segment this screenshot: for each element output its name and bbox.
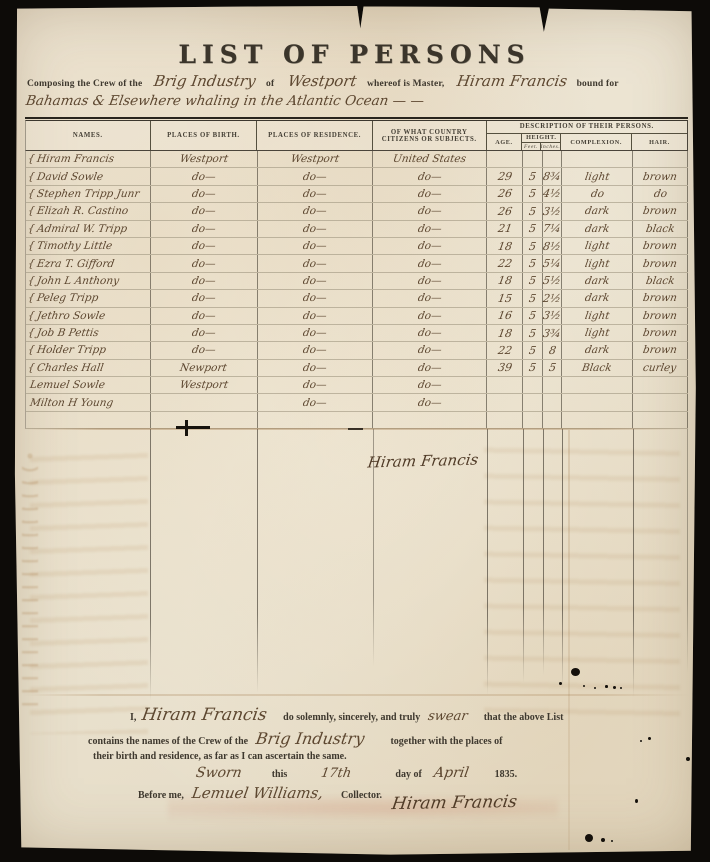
feet-value: 5 [528, 205, 537, 218]
cell-residence: do— [258, 308, 374, 324]
col-header-complexion: COMPLEXION. [561, 134, 632, 150]
oath-swear-handwritten: swear [427, 709, 469, 724]
feet-value: 5 [528, 327, 537, 340]
birthplace-value: Westport [179, 379, 229, 391]
country-value: do— [417, 275, 442, 287]
country-value: do— [417, 258, 442, 270]
ink-dot [594, 687, 596, 689]
cell-residence: do— [258, 377, 374, 393]
ink-dot [601, 838, 605, 842]
country-value: do— [417, 397, 442, 409]
collector-signature-handwritten: Lemuel Williams, [190, 784, 324, 802]
cell-country: do— [373, 255, 487, 271]
cell-feet: 5 [523, 168, 543, 184]
cell-hair: do [633, 186, 688, 202]
cell-inches [543, 394, 562, 410]
preamble-text: Composing the Crew of the [27, 79, 142, 89]
cell-age: 26 [487, 203, 523, 219]
height-units: Feet. Inches. [522, 143, 560, 150]
cell-complexion: light [562, 238, 633, 254]
cell-name: { Timothy Little [26, 238, 151, 254]
ink-dot [559, 682, 562, 685]
cell-complexion: dark [562, 342, 633, 358]
birthplace-value: do— [191, 344, 216, 356]
cell-birthplace: do— [151, 273, 258, 289]
residence-value: do— [302, 223, 327, 235]
cell-country: do— [373, 221, 487, 237]
row-brace-mark: { [27, 153, 36, 165]
cell-complexion [562, 394, 633, 410]
cell-country: do— [373, 203, 487, 219]
col-header-age: AGE. [487, 134, 523, 150]
row-brace-mark: { [27, 292, 36, 304]
fold-cross-mark [348, 428, 363, 430]
row-brace-mark: { [27, 310, 36, 322]
hair-value: brown [642, 240, 678, 252]
cell-residence: Westport [258, 151, 374, 167]
cell-hair: brown [633, 308, 688, 324]
year-text: 1835. [495, 769, 518, 780]
row-brace-mark: { [27, 344, 36, 356]
row-brace-mark: { [27, 362, 36, 374]
ink-dot [583, 685, 585, 687]
crew-member-name: John L Anthony [36, 275, 120, 287]
cell-complexion: do [562, 186, 633, 202]
cell-country: do— [373, 273, 487, 289]
age-value: 26 [497, 187, 513, 200]
inches-value: 8½ [542, 240, 562, 253]
column-line [562, 429, 563, 689]
age-value: 18 [497, 327, 513, 340]
oath-line-3: their birth and residence, as far as I c… [93, 751, 347, 762]
cell-country: do— [373, 342, 487, 358]
cell-residence: do— [258, 325, 374, 341]
birthplace-value: do— [191, 223, 216, 235]
complexion-value: light [584, 310, 610, 322]
cell-hair: brown [633, 325, 688, 341]
cell-name: { John L Anthony [26, 273, 151, 289]
col-header-names: NAMES. [26, 121, 151, 150]
cell-feet: 5 [523, 342, 543, 358]
cell-hair: brown [633, 290, 688, 306]
oath-vessel-handwritten: Brig Industry [255, 729, 366, 748]
row-brace-mark: { [27, 205, 36, 217]
hair-value: black [645, 275, 675, 287]
age-value: 18 [497, 240, 513, 253]
oath-master-name-handwritten: Hiram Francis [141, 705, 269, 725]
cell-name: Lemuel Sowle [26, 377, 151, 393]
table-top-rule [25, 117, 688, 119]
crew-member-name: Job B Pettis [36, 327, 100, 339]
table-rows: { Hiram Francis Westport Westport United… [25, 151, 688, 412]
inches-value: 4½ [542, 187, 562, 200]
cell-hair: curley [633, 360, 688, 376]
cell-inches: 8¾ [543, 168, 562, 184]
cell-hair: brown [633, 255, 688, 271]
ink-blot [571, 668, 580, 676]
col-header-hair: HAIR. [632, 134, 687, 150]
birthplace-value: Westport [179, 153, 229, 165]
feet-value: 5 [528, 170, 537, 183]
complexion-value: light [584, 171, 610, 183]
cell-birthplace: do— [151, 255, 258, 271]
row-brace-mark: { [27, 171, 36, 183]
cell-inches: 8½ [543, 238, 562, 254]
cell-name: { Ezra T. Gifford [26, 255, 151, 271]
cell-hair: black [633, 221, 688, 237]
crew-member-name: Ezra T. Gifford [36, 258, 115, 270]
birthplace-value: do— [191, 240, 216, 252]
cell-feet: 5 [523, 186, 543, 202]
cell-complexion: light [562, 308, 633, 324]
description-group-title: DESCRIPTION OF THEIR PERSONS. [487, 121, 687, 134]
oath-line-4: Sworn this 17th day of April 1835. [196, 765, 517, 781]
row-brace-mark: { [27, 223, 36, 235]
residence-value: do— [302, 292, 327, 304]
cell-feet: 5 [523, 238, 543, 254]
cell-inches: 5¼ [543, 255, 562, 271]
hair-value: brown [642, 310, 678, 322]
oath-text: I, [130, 712, 136, 723]
birthplace-value: do— [191, 327, 216, 339]
table-row: { Holder Tripp do— do— do— 22 5 8 dark b… [26, 342, 688, 359]
cell-hair [633, 377, 688, 393]
table-row: Lemuel Sowle Westport do— do— [26, 377, 688, 394]
vessel-name-handwritten: Brig Industry [153, 72, 257, 90]
cell-inches: 8 [543, 342, 562, 358]
cell-name: { David Sowle [26, 168, 151, 184]
inches-value: 3½ [542, 205, 562, 218]
country-value: do— [417, 171, 442, 183]
cell-name: { Job B Pettis [26, 325, 151, 341]
crew-member-name: Milton H Young [29, 397, 114, 409]
cell-birthplace: do— [151, 186, 258, 202]
cell-age: 39 [487, 360, 523, 376]
col-header-country: OF WHAT COUNTRY CITIZENS OR SUBJECTS. [373, 121, 487, 150]
feet-value: 5 [528, 309, 537, 322]
cell-age [487, 151, 523, 167]
cell-name: { Admiral W. Tripp [26, 221, 151, 237]
column-line [633, 429, 634, 697]
inches-value: 5¼ [542, 257, 562, 270]
inches-value: 5 [548, 361, 557, 374]
row-brace-mark: { [27, 188, 36, 200]
residence-value: do— [302, 188, 327, 200]
table-header-row: NAMES. PLACES OF BIRTH. PLACES OF RESIDE… [25, 120, 688, 151]
country-value: do— [417, 362, 442, 374]
cell-hair: brown [633, 168, 688, 184]
hair-value: brown [642, 171, 678, 183]
cell-feet: 5 [523, 273, 543, 289]
month-handwritten: April [433, 765, 470, 781]
hair-value: brown [642, 205, 678, 217]
feet-value: 5 [528, 222, 537, 235]
cell-birthplace: do— [151, 342, 258, 358]
cell-age: 29 [487, 168, 523, 184]
crew-member-name: Hiram Francis [36, 153, 115, 165]
cell-name: { Stephen Tripp Junr [26, 186, 151, 202]
complexion-value: dark [584, 223, 610, 235]
inches-value: 3½ [542, 309, 562, 322]
cell-hair: brown [633, 238, 688, 254]
oath-text: Before me, [138, 790, 184, 801]
country-value: do— [417, 327, 442, 339]
cell-feet: 5 [523, 221, 543, 237]
birthplace-value: do— [191, 188, 216, 200]
voyage-destination-handwritten: Bahamas & Elsewhere whaling in the Atlan… [25, 93, 426, 109]
birthplace-value: do— [191, 205, 216, 217]
cell-country: do— [373, 325, 487, 341]
country-value: do— [417, 344, 442, 356]
oath-text: do solemnly, sincerely, and truly [283, 712, 420, 723]
ink-dot [648, 737, 651, 740]
oath-text: together with the places of [390, 736, 502, 747]
empty-cell [258, 412, 374, 428]
residence-value: do— [302, 362, 327, 374]
table-row: { Hiram Francis Westport Westport United… [26, 151, 688, 168]
inches-label: Inches. [541, 144, 561, 150]
country-value: United States [392, 153, 467, 165]
col-header-height: HEIGHT. Feet. Inches. [522, 134, 561, 150]
oath-text: their birth and residence, as far as I c… [93, 751, 347, 762]
preamble-text: bound for [577, 79, 619, 89]
cell-age: 22 [487, 255, 523, 271]
description-subheaders: AGE. HEIGHT. Feet. Inches. COMPLEXION. H… [487, 134, 687, 150]
table-row: { Charles Hall Newport do— do— 39 5 5 Bl… [26, 360, 688, 377]
oath-text: Collector. [341, 790, 382, 801]
ink-dot [686, 757, 690, 761]
fold-crease-vertical [568, 430, 570, 850]
cell-age: 18 [487, 273, 523, 289]
hair-value: curley [642, 362, 677, 374]
cell-country: do— [373, 290, 487, 306]
age-value: 22 [497, 257, 513, 270]
oath-line-1: I, Hiram Francis do solemnly, sincerely,… [130, 705, 563, 725]
complexion-value: light [584, 327, 610, 339]
crew-member-name: Peleg Tripp [36, 292, 99, 304]
cell-complexion: light [562, 255, 633, 271]
country-value: do— [417, 205, 442, 217]
complexion-value: light [584, 258, 610, 270]
col-header-residence: PLACES OF RESIDENCE. [257, 121, 373, 150]
oath-text: day of [395, 769, 421, 780]
cell-residence: do— [258, 238, 374, 254]
empty-cell [633, 412, 688, 428]
crew-member-name: Lemuel Sowle [29, 379, 106, 391]
cell-inches: 2½ [543, 290, 562, 306]
residence-value: do— [302, 344, 327, 356]
preamble-line-1: Composing the Crew of the Brig Industry … [27, 72, 687, 90]
cell-age: 26 [487, 186, 523, 202]
residence-value: do— [302, 171, 327, 183]
table-row: { Elizah R. Castino do— do— do— 26 5 3½ … [26, 203, 688, 220]
cell-country: do— [373, 394, 487, 410]
cell-hair: brown [633, 342, 688, 358]
age-value: 16 [497, 309, 513, 322]
table-row: { Job B Pettis do— do— do— 18 5 3¾ light… [26, 325, 688, 342]
fold-cross-mark [176, 426, 210, 429]
cell-inches: 5 [543, 360, 562, 376]
cell-residence: do— [258, 186, 374, 202]
complexion-value: dark [584, 275, 610, 287]
cell-residence: do— [258, 342, 374, 358]
crew-member-name: Admiral W. Tripp [36, 223, 128, 235]
oath-text: that the above List [484, 712, 564, 723]
cell-country: do— [373, 186, 487, 202]
cell-complexion: light [562, 168, 633, 184]
cell-complexion: dark [562, 273, 633, 289]
crew-member-name: Holder Tripp [36, 344, 107, 356]
cell-birthplace: do— [151, 203, 258, 219]
cell-name: { Elizah R. Castino [26, 203, 151, 219]
row-brace-mark: { [27, 258, 36, 270]
complexion-value: dark [584, 205, 610, 217]
cell-inches: 3½ [543, 308, 562, 324]
cell-complexion: dark [562, 203, 633, 219]
table-row: { Admiral W. Tripp do— do— do— 21 5 7¼ d… [26, 221, 688, 238]
cell-feet [523, 394, 543, 410]
crew-member-name: Jethro Sowle [36, 310, 106, 322]
complexion-value: do [590, 188, 605, 200]
column-line [543, 429, 544, 675]
table-row: { Stephen Tripp Junr do— do— do— 26 5 4½… [26, 186, 688, 203]
residence-value: Westport [290, 153, 340, 165]
home-port-handwritten: Westport [287, 72, 358, 90]
col-header-birth: PLACES OF BIRTH. [151, 121, 258, 150]
cell-name: { Peleg Tripp [26, 290, 151, 306]
cell-age: 22 [487, 342, 523, 358]
oath-line-2: contains the names of the Crew of the Br… [88, 729, 502, 748]
country-value: do— [417, 292, 442, 304]
cell-hair: black [633, 273, 688, 289]
crew-member-name: Timothy Little [36, 240, 113, 252]
cell-age: 16 [487, 308, 523, 324]
birthplace-value: do— [191, 171, 216, 183]
cell-name: { Charles Hall [26, 360, 151, 376]
cell-residence: do— [258, 394, 374, 410]
sworn-handwritten: Sworn [195, 765, 243, 781]
residence-value: do— [302, 205, 327, 217]
feet-value: 5 [528, 344, 537, 357]
ink-dot [635, 799, 638, 803]
age-value: 18 [497, 274, 513, 287]
cell-birthplace: do— [151, 238, 258, 254]
preamble-text: whereof is Master, [367, 79, 445, 89]
cell-residence: do— [258, 360, 374, 376]
cell-age [487, 377, 523, 393]
country-value: do— [417, 240, 442, 252]
country-value: do— [417, 379, 442, 391]
cell-complexion: light [562, 325, 633, 341]
cell-age [487, 394, 523, 410]
age-value: 39 [497, 361, 513, 374]
cell-birthplace: do— [151, 221, 258, 237]
ink-dot [611, 840, 613, 842]
column-line [523, 429, 524, 683]
cell-inches: 5½ [543, 273, 562, 289]
fold-crease-horizontal-2 [22, 694, 690, 696]
cell-birthplace: do— [151, 168, 258, 184]
complexion-value: light [584, 240, 610, 252]
age-value: 29 [497, 170, 513, 183]
cell-age: 21 [487, 221, 523, 237]
oath-line-5: Before me, Lemuel Williams, Collector. [138, 784, 382, 802]
birthplace-value: Newport [179, 362, 228, 374]
cell-residence: do— [258, 273, 374, 289]
complexion-value: Black [581, 362, 612, 374]
cell-country: do— [373, 360, 487, 376]
fold-cross-mark [185, 420, 188, 436]
crew-table: NAMES. PLACES OF BIRTH. PLACES OF RESIDE… [25, 117, 688, 697]
table-row: { Jethro Sowle do— do— do— 16 5 3½ light… [26, 308, 688, 325]
master-name-handwritten: Hiram Francis [455, 72, 568, 90]
cell-name: { Hiram Francis [26, 151, 151, 167]
crew-member-name: Charles Hall [36, 362, 104, 374]
cell-age: 18 [487, 238, 523, 254]
cell-age: 15 [487, 290, 523, 306]
page-title: LIST OF PERSONS [17, 40, 692, 69]
feet-value: 5 [528, 274, 537, 287]
cell-inches [543, 151, 562, 167]
cell-residence: do— [258, 255, 374, 271]
cell-feet [523, 377, 543, 393]
table-row: Milton H Young do— do— [26, 394, 688, 411]
residence-value: do— [302, 379, 327, 391]
birthplace-value: do— [191, 292, 216, 304]
feet-label: Feet. [522, 143, 540, 150]
country-value: do— [417, 310, 442, 322]
cell-complexion: Black [562, 360, 633, 376]
hair-value: brown [642, 327, 678, 339]
empty-cell [562, 412, 633, 428]
age-value: 22 [497, 344, 513, 357]
row-brace-mark: { [27, 327, 36, 339]
inches-value: 8 [548, 344, 557, 357]
cell-residence: do— [258, 168, 374, 184]
birthplace-value: do— [191, 310, 216, 322]
country-value: do— [417, 223, 442, 235]
hair-value: brown [642, 292, 678, 304]
cell-birthplace: Westport [151, 377, 258, 393]
cell-inches: 3½ [543, 203, 562, 219]
preamble-line-2: Bahamas & Elsewhere whaling in the Atlan… [26, 93, 424, 109]
table-row: { Ezra T. Gifford do— do— do— 22 5 5¼ li… [26, 255, 688, 272]
cell-country: do— [373, 308, 487, 324]
age-value: 26 [497, 205, 513, 218]
inches-value: 2½ [542, 292, 562, 305]
cell-birthplace: Westport [151, 151, 258, 167]
crew-member-name: David Sowle [36, 171, 104, 183]
hair-value: black [645, 223, 675, 235]
cell-name: Milton H Young [26, 394, 151, 410]
empty-ruled-row [25, 412, 688, 429]
ink-dot [620, 687, 622, 689]
hair-value: brown [642, 258, 678, 270]
col-header-country-line1: OF WHAT COUNTRY [391, 129, 468, 136]
crew-member-name: Elizah R. Castino [36, 205, 129, 217]
cell-inches [543, 377, 562, 393]
residence-value: do— [302, 258, 327, 270]
cell-feet: 5 [523, 360, 543, 376]
row-brace-mark: { [27, 240, 36, 252]
feet-value: 5 [528, 257, 537, 270]
ink-dot [605, 685, 608, 688]
cell-residence: do— [258, 290, 374, 306]
cell-country: do— [373, 238, 487, 254]
residence-value: do— [302, 310, 327, 322]
cell-feet [523, 151, 543, 167]
column-line [687, 429, 688, 673]
